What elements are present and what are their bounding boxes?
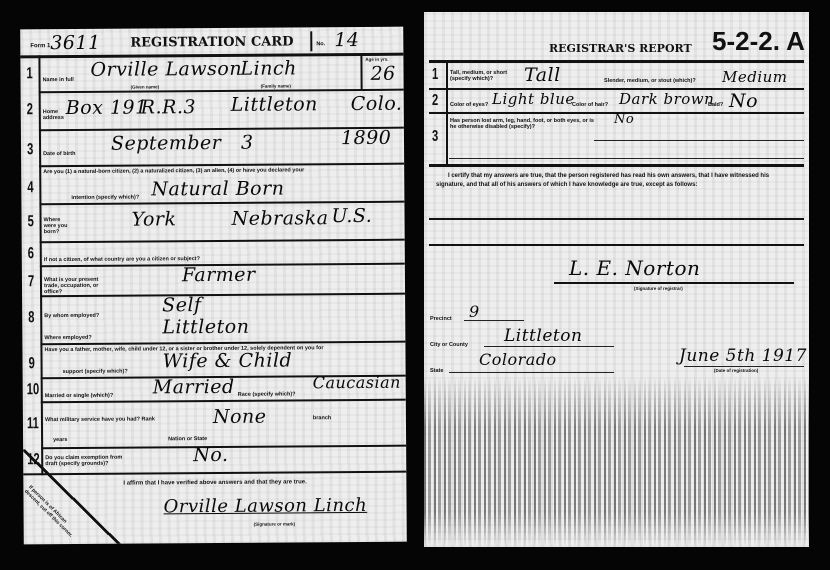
row-number: 1 (432, 66, 438, 84)
birth-year: 1890 (341, 127, 392, 149)
bald-label: Bald? (708, 102, 723, 108)
dependents-label: support (specify which)? (63, 369, 128, 375)
disability-value: No (614, 112, 634, 127)
address-city: Littleton (231, 93, 318, 116)
eye-color-value: Light blue (492, 90, 575, 108)
certification-text: I certify that my answers are true, that… (436, 172, 796, 190)
affirmation: I affirm that I have verified above answ… (123, 479, 306, 486)
birth-state: Nebraska (231, 207, 328, 230)
row-number: 7 (28, 273, 34, 291)
serial-number: 3611 (50, 32, 101, 54)
rule (594, 140, 804, 141)
rule (449, 158, 804, 159)
row-number: 1 (26, 65, 32, 83)
row-number: 4 (27, 179, 33, 197)
rule (39, 89, 404, 94)
employed-where-value: Littleton (162, 316, 249, 339)
row-number: 11 (27, 415, 39, 433)
build-value: Medium (722, 68, 788, 86)
card-title: REGISTRATION CARD (130, 34, 293, 50)
registrar-signature: L. E. Norton (569, 256, 700, 280)
rule (40, 239, 405, 244)
row-number: 2 (432, 92, 438, 110)
employer-value: Self (162, 294, 202, 316)
military-value: None (213, 406, 267, 428)
build-label: Slender, medium, or stout (which)? (604, 78, 696, 84)
card-no: 14 (334, 29, 359, 51)
marital-value: Married (153, 376, 235, 399)
registration-card-front: Form 1 3611 REGISTRATION CARD No. 14 1 N… (20, 27, 407, 545)
city-value: Littleton (504, 326, 582, 346)
address-label: Home address (43, 109, 67, 121)
address-street: R.R.3 (141, 96, 196, 118)
rule (484, 346, 614, 347)
race-label: Race (specify which)? (238, 391, 296, 397)
branch-label: branch (313, 415, 331, 421)
divider (310, 31, 312, 51)
employer-label: By whom employed? (44, 313, 99, 319)
rule (429, 60, 804, 63)
hair-color-value: Dark brown (619, 90, 714, 108)
registrars-report: REGISTRAR'S REPORT 5-2-2. A 1 Tall, medi… (424, 12, 809, 547)
given-sub: (Given name) (131, 84, 160, 89)
occupation-label: What is your present trade, occupation, … (44, 277, 114, 295)
rule (684, 366, 804, 367)
precinct-value: 9 (469, 302, 480, 321)
height-value: Tall (524, 64, 561, 86)
card-no-label: No. (316, 41, 325, 47)
marital-label: Married or single (which)? (45, 393, 113, 399)
city-label: City or County (430, 342, 468, 348)
eye-color-label: Color of eyes? (450, 102, 488, 108)
row-number: 2 (27, 101, 33, 119)
row-number: 8 (28, 309, 34, 327)
signature-sub: (Signature or mark) (254, 521, 296, 526)
report-code: 5-2-2. A (712, 26, 805, 57)
row-number: 3 (432, 128, 438, 146)
scan-noise (424, 377, 809, 547)
state-value: Colorado (479, 350, 557, 369)
rule (429, 218, 804, 220)
rule (429, 164, 804, 167)
rule (41, 399, 406, 404)
bald-value: No (729, 90, 758, 112)
birth-month: September (111, 132, 221, 155)
rule (360, 53, 362, 89)
rule (464, 320, 524, 321)
employed-where-label: Where employed? (44, 335, 91, 341)
date-sub: (Date of registration) (714, 368, 758, 373)
row-number: 10 (27, 381, 40, 399)
citizenship-question: Are you (1) a natural-born citizen, (2) … (43, 167, 304, 175)
form-label: Form 1 (30, 43, 50, 49)
citizen-country-label: If not a citizen, of what country are yo… (44, 256, 200, 263)
registration-date: June 5th 1917 (679, 346, 807, 366)
address-box: Box 191 (66, 96, 148, 119)
row-number: 3 (27, 141, 33, 159)
precinct-label: Precinct (430, 316, 452, 322)
rule (39, 163, 404, 168)
race-value: Caucasian (313, 373, 401, 393)
dob-label: Date of birth (43, 151, 75, 157)
report-title: REGISTRAR'S REPORT (549, 42, 692, 55)
rule (449, 372, 614, 373)
rule (40, 341, 405, 346)
row-number: 6 (28, 245, 34, 263)
age: 26 (370, 63, 395, 85)
dependents-value: Wife & Child (162, 349, 292, 372)
age-label: Age in yrs. (365, 57, 388, 62)
citizenship-label: intention (specify which)? (71, 195, 139, 201)
rule (554, 282, 794, 284)
exemption-value: No. (193, 444, 228, 466)
birth-day: 3 (241, 132, 254, 154)
given-name: Orville Lawson (90, 58, 242, 81)
disability-label: Has person lost arm, leg, hand, foot, or… (450, 118, 600, 130)
address-state: Colo. (351, 93, 403, 115)
hair-color-label: Color of hair? (572, 102, 608, 108)
state-label: State (430, 368, 443, 374)
citizenship-value: Natural Born (151, 178, 284, 201)
row-number: 9 (28, 355, 34, 373)
registrar-sub: (Signature of registrar) (634, 286, 683, 291)
military-label: What military service have you had? Rank (45, 416, 155, 423)
rule (429, 244, 804, 246)
birth-nation: U.S. (331, 205, 372, 227)
birthplace-label: Where were you born? (44, 217, 72, 235)
years-label: years (53, 437, 67, 443)
registrant-signature: Orville Lawson Linch (163, 495, 367, 517)
nation-label: Nation or State (168, 436, 207, 442)
family-name: Linch (240, 57, 296, 79)
row-number: 5 (27, 213, 33, 231)
height-label: Tall, medium, or short (specify which)? (450, 70, 520, 82)
name-label: Name in full (43, 77, 74, 83)
occupation-value: Farmer (182, 264, 256, 287)
family-sub: (Family name) (261, 83, 291, 88)
birth-town: York (131, 208, 176, 230)
